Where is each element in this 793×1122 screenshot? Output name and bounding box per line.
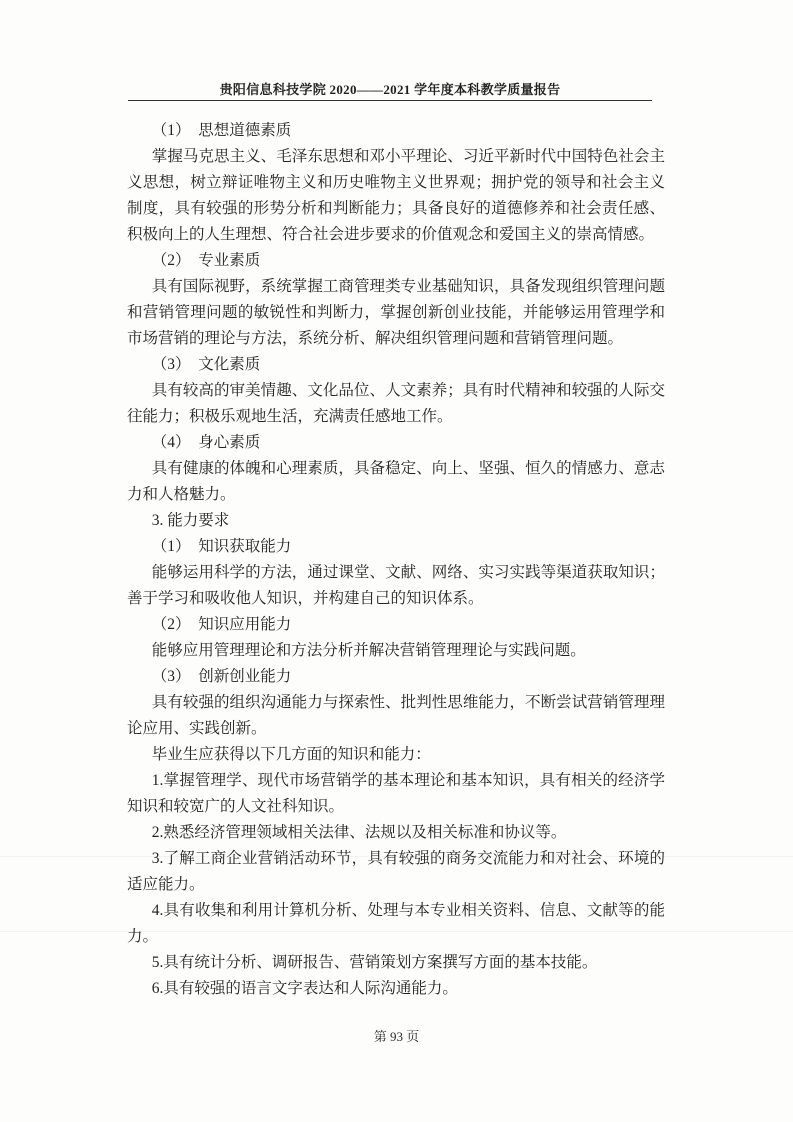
paragraph-subheading: （1） 思想道德素质 — [127, 118, 665, 144]
paragraph-subheading: （1） 知识获取能力 — [127, 534, 665, 560]
paragraph-subheading: （4） 身心素质 — [127, 430, 665, 456]
paragraph-body: 5.具有统计分析、调研报告、营销策划方案撰写方面的基本技能。 — [127, 950, 665, 976]
paragraph-body: 毕业生应获得以下几方面的知识和能力： — [127, 742, 665, 768]
paragraph-body: 4.具有收集和利用计算机分析、处理与本专业相关资料、信息、文献等的能力。 — [127, 898, 665, 950]
paragraph-body: 具有较强的组织沟通能力与探索性、批判性思维能力，不断尝试营销管理理论应用、实践创… — [127, 690, 665, 742]
paragraph-body: 1.掌握管理学、现代市场营销学的基本理论和基本知识，具有相关的经济学知识和较宽广… — [127, 768, 665, 820]
paragraph-body: 3.了解工商企业营销活动环节，具有较强的商务交流能力和对社会、环境的适应能力。 — [127, 846, 665, 898]
paragraph-subheading: （2） 专业素质 — [127, 248, 665, 274]
header-rule-line — [128, 100, 652, 101]
document-body: （1） 思想道德素质掌握马克思主义、毛泽东思想和邓小平理论、习近平新时代中国特色… — [127, 118, 665, 1002]
paragraph-subheading: （3） 创新创业能力 — [127, 664, 665, 690]
paragraph-subheading: （2） 知识应用能力 — [127, 612, 665, 638]
paragraph-body: 能够应用管理理论和方法分析并解决营销管理理论与实践问题。 — [127, 638, 665, 664]
paragraph-body: 能够运用科学的方法，通过课堂、文献、网络、实习实践等渠道获取知识；善于学习和吸收… — [127, 560, 665, 612]
document-page: 贵阳信息科技学院 2020——2021 学年度本科教学质量报告 （1） 思想道德… — [0, 0, 793, 1122]
paragraph-body: 具有健康的体魄和心理素质，具备稳定、向上、坚强、恒久的情感力、意志力和人格魅力。 — [127, 456, 665, 508]
paragraph-body: 掌握马克思主义、毛泽东思想和邓小平理论、习近平新时代中国特色社会主义思想，树立辩… — [127, 144, 665, 248]
paragraph-subheading: （3） 文化素质 — [127, 352, 665, 378]
paragraph-body: 具有国际视野，系统掌握工商管理类专业基础知识，具备发现组织管理问题和营销管理问题… — [127, 274, 665, 352]
scan-artifact-streak — [0, 931, 793, 932]
paragraph-body: 2.熟悉经济管理领域相关法律、法规以及相关标准和协议等。 — [127, 820, 665, 846]
scan-artifact-streak — [0, 856, 793, 857]
page-number: 第 93 页 — [0, 1028, 793, 1046]
running-header-title: 贵阳信息科技学院 2020——2021 学年度本科教学质量报告 — [128, 82, 652, 98]
paragraph-body: 6.具有较强的语言文字表达和人际沟通能力。 — [127, 976, 665, 1002]
paragraph-body: 具有较高的审美情趣、文化品位、人文素养；具有时代精神和较强的人际交往能力；积极乐… — [127, 378, 665, 430]
paragraph-body: 3. 能力要求 — [127, 508, 665, 534]
